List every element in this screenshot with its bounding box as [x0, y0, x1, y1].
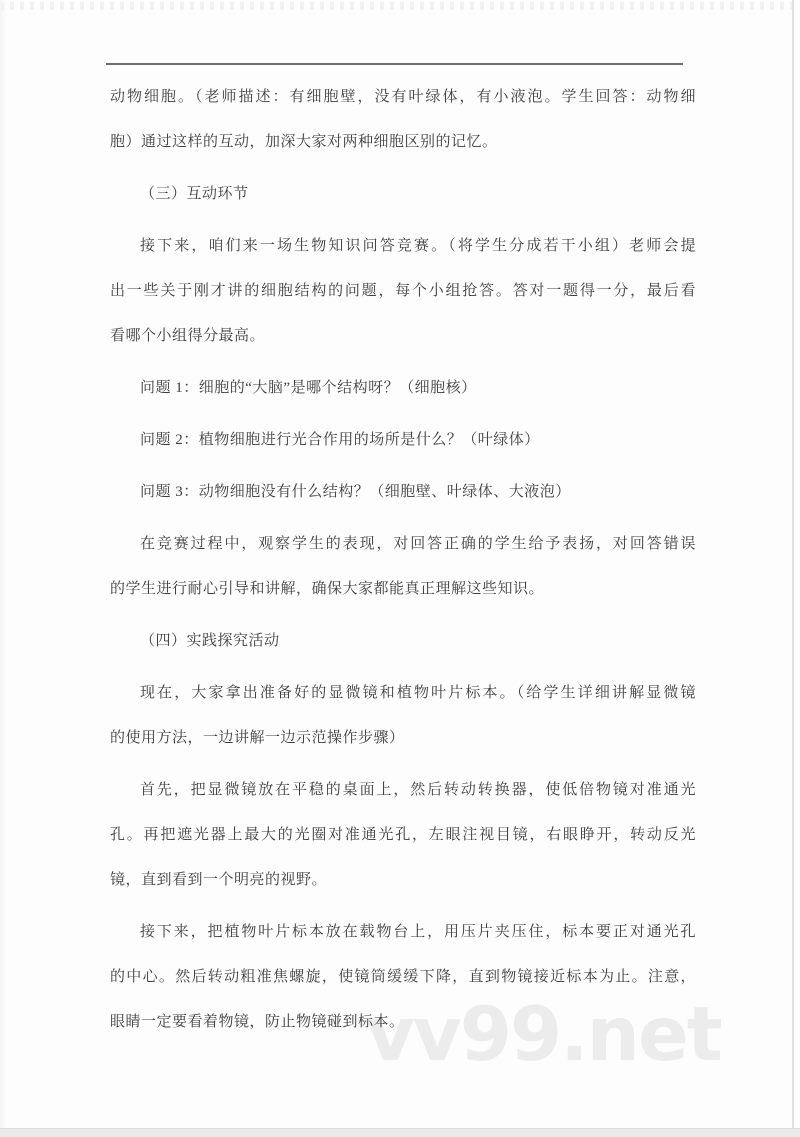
text-line: 现在，大家拿出准备好的显微镜和植物叶片标本。（给学生详细讲解显微镜 — [110, 671, 696, 716]
text-line: （四）实践探究活动 — [110, 619, 696, 664]
paragraph: （四）实践探究活动 — [110, 619, 696, 664]
text-line: 接下来，把植物叶片标本放在载物台上，用压片夹压住，标本要正对通光孔 — [110, 910, 696, 955]
paragraph: 问题 3：动物细胞没有什么结构？（细胞壁、叶绿体、大液泡） — [110, 470, 696, 515]
text-line: 镜，直到看到一个明亮的视野。 — [110, 858, 696, 903]
header-rule-line — [106, 63, 683, 65]
text-line: 眼睛一定要看着物镜，防止物镜碰到标本。 — [110, 1000, 696, 1045]
paragraph: 问题 2：植物细胞进行光合作用的场所是什么？（叶绿体） — [110, 418, 696, 463]
text-line: 接下来，咱们来一场生物知识问答竞赛。（将学生分成若干小组）老师会提 — [110, 224, 696, 269]
document-body: 动物细胞。（老师描述：有细胞壁，没有叶绿体，有小液泡。学生回答：动物细胞）通过这… — [110, 75, 696, 1052]
text-line: 问题 3：动物细胞没有什么结构？（细胞壁、叶绿体、大液泡） — [110, 470, 696, 515]
text-line: 问题 2：植物细胞进行光合作用的场所是什么？（叶绿体） — [110, 418, 696, 463]
page-left-edge — [0, 0, 6, 1128]
page-right-edge — [792, 0, 794, 1128]
paragraph: 首先，把显微镜放在平稳的桌面上，然后转动转换器，使低倍物镜对准通光孔。再把遮光器… — [110, 768, 696, 903]
text-line: 的学生进行耐心引导和讲解，确保大家都能真正理解这些知识。 — [110, 567, 696, 612]
text-line: 胞）通过这样的互动，加深大家对两种细胞区别的记忆。 — [110, 120, 696, 165]
text-line: 看哪个小组得分最高。 — [110, 314, 696, 359]
scan-edge-ticks — [0, 2, 800, 10]
paragraph: 接下来，咱们来一场生物知识问答竞赛。（将学生分成若干小组）老师会提出一些关于刚才… — [110, 224, 696, 359]
paragraph: 动物细胞。（老师描述：有细胞壁，没有叶绿体，有小液泡。学生回答：动物细胞）通过这… — [110, 75, 696, 165]
text-line: 孔。再把遮光器上最大的光圈对准通光孔，左眼注视目镜，右眼睁开，转动反光 — [110, 813, 696, 858]
text-line: 首先，把显微镜放在平稳的桌面上，然后转动转换器，使低倍物镜对准通光 — [110, 768, 696, 813]
document-page: vv99.net 动物细胞。（老师描述：有细胞壁，没有叶绿体，有小液泡。学生回答… — [0, 0, 800, 1137]
scanner-bottom-strip — [0, 1128, 800, 1137]
text-line: 在竞赛过程中，观察学生的表现，对回答正确的学生给予表扬，对回答错误 — [110, 522, 696, 567]
paragraph: 接下来，把植物叶片标本放在载物台上，用压片夹压住，标本要正对通光孔的中心。然后转… — [110, 910, 696, 1045]
text-line: 问题 1：细胞的“大脑”是哪个结构呀？（细胞核） — [110, 366, 696, 411]
text-line: 的中心。然后转动粗准焦螺旋，使镜筒缓缓下降，直到物镜接近标本为止。注意， — [110, 955, 696, 1000]
paragraph: 在竞赛过程中，观察学生的表现，对回答正确的学生给予表扬，对回答错误的学生进行耐心… — [110, 522, 696, 612]
paragraph: （三）互动环节 — [110, 172, 696, 217]
text-line: （三）互动环节 — [110, 172, 696, 217]
text-line: 的使用方法，一边讲解一边示范操作步骤） — [110, 716, 696, 761]
text-line: 出一些关于刚才讲的细胞结构的问题，每个小组抢答。答对一题得一分，最后看 — [110, 269, 696, 314]
paragraph: 现在，大家拿出准备好的显微镜和植物叶片标本。（给学生详细讲解显微镜的使用方法，一… — [110, 671, 696, 761]
text-line: 动物细胞。（老师描述：有细胞壁，没有叶绿体，有小液泡。学生回答：动物细 — [110, 75, 696, 120]
paragraph: 问题 1：细胞的“大脑”是哪个结构呀？（细胞核） — [110, 366, 696, 411]
